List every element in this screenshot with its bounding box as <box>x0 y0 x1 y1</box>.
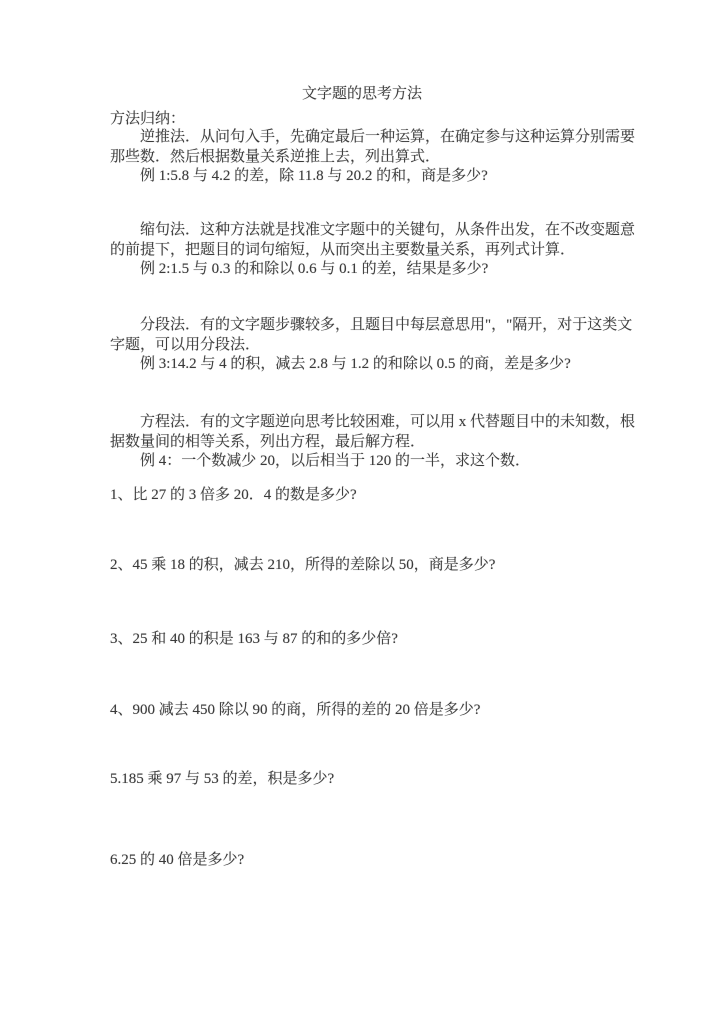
method-example-line: 例 3:14.2 与 4 的积，减去 2.8 与 1.2 的和除以 0.5 的商… <box>110 355 630 375</box>
method-text-line: 的前提下，把题目的词句缩短，从而突出主要数量关系，再列式计算． <box>110 241 630 261</box>
problem-6: 6.25 的 40 倍是多少? <box>110 851 630 871</box>
problem-3: 3、25 和 40 的积是 163 与 87 的和的多少倍? <box>110 630 630 650</box>
problem-2: 2、45 乘 18 的积，减去 210，所得的差除以 50，商是多少? <box>110 556 630 576</box>
section-heading: 方法归纳： <box>110 110 630 130</box>
method-block-segment: 分段法．有的文字题步骤较多，且题目中每层意思用"，"隔开，对于这类文 字题，可以… <box>110 316 630 375</box>
page-title: 文字题的思考方法 <box>0 85 724 105</box>
method-text-line: 字题，可以用分段法． <box>110 336 630 356</box>
method-text-line: 那些数．然后根据数量关系逆推上去，列出算式． <box>110 148 630 168</box>
method-block-equation: 方程法．有的文字题逆向思考比较困难，可以用 x 代替题目中的未知数，根 据数量间… <box>110 413 630 472</box>
document-page: 文字题的思考方法 方法归纳： 逆推法．从问句入手，先确定最后一种运算，在确定参与… <box>0 0 724 1024</box>
problem-4: 4、900 减去 450 除以 90 的商，所得的差的 20 倍是多少? <box>110 701 630 721</box>
method-example-line: 例 2:1.5 与 0.3 的和除以 0.6 与 0.1 的差，结果是多少? <box>110 260 630 280</box>
method-text-line: 据数量间的相等关系，列出方程，最后解方程． <box>110 433 630 453</box>
problem-5: 5.185 乘 97 与 53 的差，积是多少? <box>110 770 630 790</box>
method-text-line: 缩句法．这种方法就是找准文字题中的关键句，从条件出发，在不改变题意 <box>110 221 630 241</box>
method-text-line: 逆推法．从问句入手，先确定最后一种运算，在确定参与这种运算分别需要 <box>110 128 630 148</box>
method-example-line: 例 4：一个数减少 20，以后相当于 120 的一半，求这个数． <box>110 452 630 472</box>
method-text-line: 分段法．有的文字题步骤较多，且题目中每层意思用"，"隔开，对于这类文 <box>110 316 630 336</box>
method-block-reverse: 逆推法．从问句入手，先确定最后一种运算，在确定参与这种运算分别需要 那些数．然后… <box>110 128 630 187</box>
method-block-abbreviate: 缩句法．这种方法就是找准文字题中的关键句，从条件出发，在不改变题意 的前提下，把… <box>110 221 630 280</box>
method-example-line: 例 1:5.8 与 4.2 的差，除 11.8 与 20.2 的和，商是多少? <box>110 167 630 187</box>
problem-1: 1、比 27 的 3 倍多 20．4 的数是多少? <box>110 486 630 506</box>
method-text-line: 方程法．有的文字题逆向思考比较困难，可以用 x 代替题目中的未知数，根 <box>110 413 630 433</box>
